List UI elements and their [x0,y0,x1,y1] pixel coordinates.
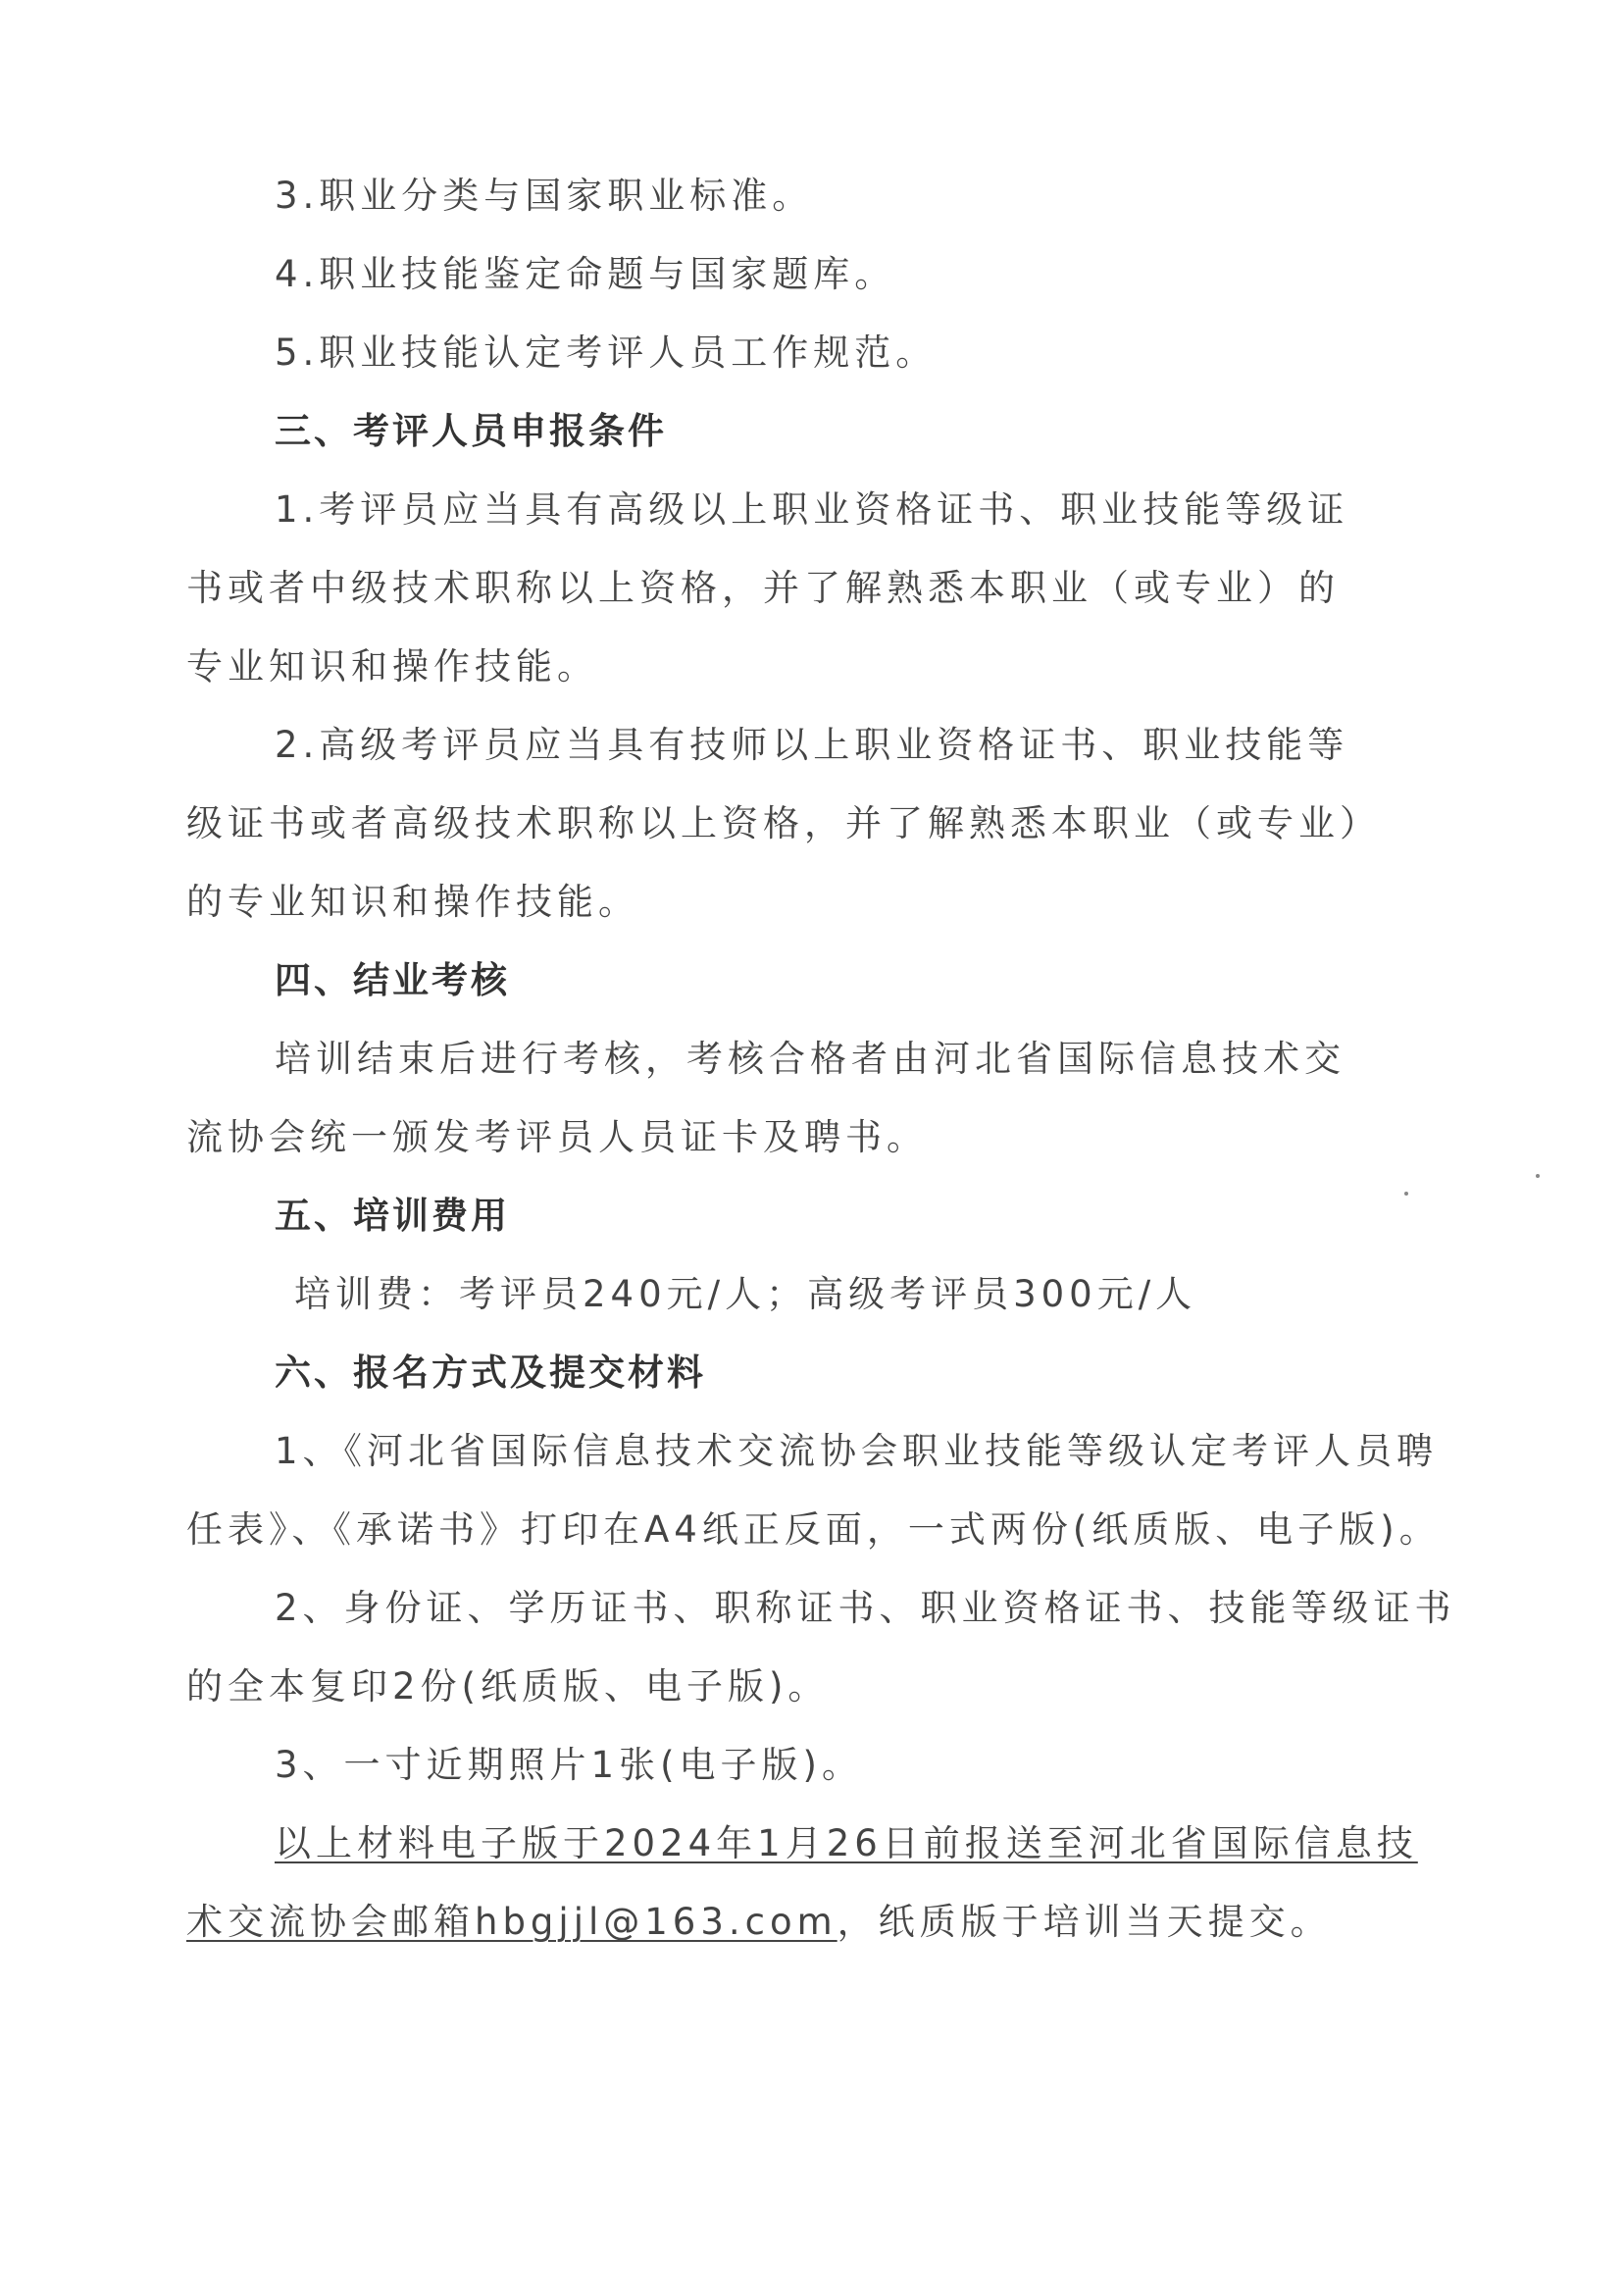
section-heading-5: 五、培训费用 [275,1193,510,1240]
section-heading-3: 三、考评人员申报条件 [275,408,667,455]
paragraph-line: 级证书或者高级技术职称以上资格，并了解熟悉本职业（或专业） [186,800,1381,847]
paragraph-line: 2.高级考评员应当具有技师以上职业资格证书、职业技能等 [275,722,1348,769]
document-page: 3.职业分类与国家职业标准。 4.职业技能鉴定命题与国家题库。 5.职业技能认定… [0,0,1624,2294]
paragraph-line: 1.考评员应当具有高级以上职业资格证书、职业技能等级证 [275,486,1348,534]
section-heading-6: 六、报名方式及提交材料 [275,1350,706,1397]
scan-speck [1536,1174,1540,1178]
list-item-4: 4.职业技能鉴定命题与国家题库。 [275,251,895,298]
paragraph-line: 任表》、《承诺书》打印在A4纸正反面，一式两份(纸质版、电子版)。 [186,1506,1441,1554]
submission-note-line: 术交流协会邮箱hbgjjl@163.com，纸质版于培训当天提交。 [186,1899,1332,1946]
list-item-5: 5.职业技能认定考评人员工作规范。 [275,330,937,377]
paragraph-line: 的全本复印2份(纸质版、电子版)。 [186,1663,829,1710]
email-address[interactable]: 术交流协会邮箱hbgjjl@163.com [186,1901,837,1943]
list-item-3: 3.职业分类与国家职业标准。 [275,173,813,220]
scan-speck [1404,1192,1408,1196]
paragraph-line: 培训结束后进行考核，考核合格者由河北省国际信息技术交 [275,1036,1345,1083]
paragraph-line: 专业知识和操作技能。 [186,643,598,690]
paragraph-line: 流协会统一颁发考评员人员证卡及聘书。 [186,1114,928,1161]
paragraph-line: 书或者中级技术职称以上资格，并了解熟悉本职业（或专业）的 [186,565,1340,612]
paragraph-line: 3、一寸近期照片1张(电子版)。 [275,1742,863,1789]
fee-line: 培训费：考评员240元/人；高级考评员300元/人 [294,1271,1196,1318]
note-tail: ，纸质版于培训当天提交。 [837,1901,1332,1943]
paragraph-line: 的专业知识和操作技能。 [186,879,639,926]
paragraph-line: 2、身份证、学历证书、职称证书、职业资格证书、技能等级证书 [275,1585,1456,1632]
submission-note-line: 以上材料电子版于2024年1月26日前报送至河北省国际信息技 [275,1820,1418,1867]
section-heading-4: 四、结业考核 [275,957,510,1004]
paragraph-line: 1、《河北省国际信息技术交流协会职业技能等级认定考评人员聘 [275,1428,1438,1475]
